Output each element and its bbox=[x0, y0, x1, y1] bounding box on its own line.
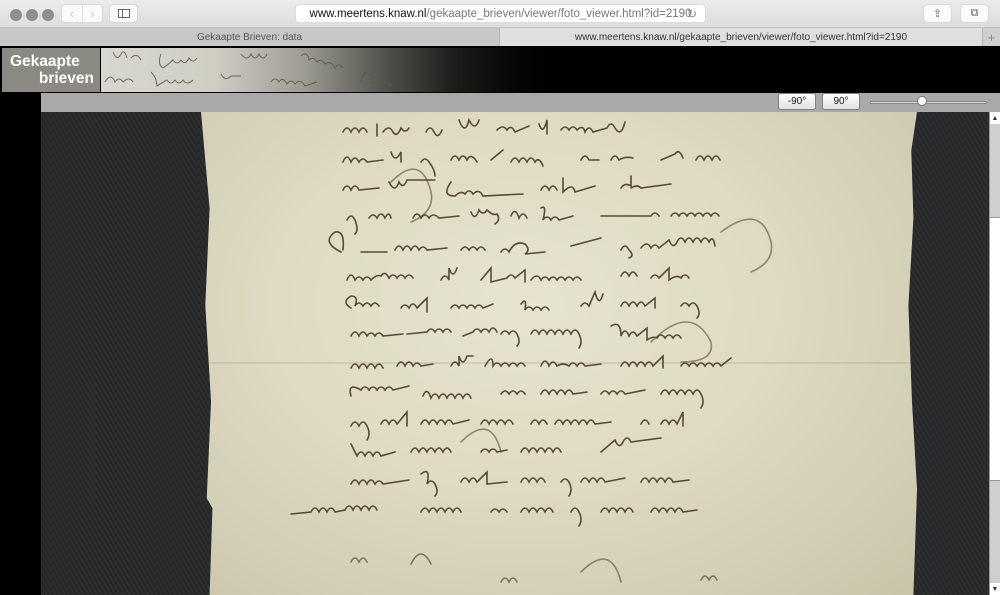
tab-label: www.meertens.knaw.nl/gekaapte_brieven/vi… bbox=[575, 32, 907, 43]
tab-strip: Gekaapte Brieven: data www.meertens.knaw… bbox=[0, 28, 1000, 46]
url-path: /gekaapte_brieven/viewer/foto_viewer.htm… bbox=[426, 8, 691, 20]
handwriting-banner bbox=[101, 48, 554, 92]
tab-gekaapte-brieven-data[interactable]: Gekaapte Brieven: data bbox=[0, 28, 500, 46]
zoom-slider-track[interactable] bbox=[870, 101, 987, 104]
rotate-right-button[interactable]: 90° bbox=[822, 93, 860, 110]
rotate-left-button[interactable]: -90° bbox=[778, 93, 816, 110]
handwritten-text bbox=[201, 112, 917, 595]
tab-label: Gekaapte Brieven: data bbox=[197, 32, 302, 43]
close-window-button[interactable] bbox=[10, 9, 22, 21]
image-viewport[interactable] bbox=[41, 112, 989, 595]
scroll-down-button[interactable]: ▼ bbox=[990, 583, 1000, 595]
triangle-up-icon: ▲ bbox=[992, 115, 999, 122]
triangle-down-icon: ▼ bbox=[992, 586, 999, 593]
sidebar-toggle-button[interactable] bbox=[109, 4, 138, 23]
scrollbar-thumb[interactable] bbox=[990, 217, 1000, 481]
forward-button[interactable]: › bbox=[82, 5, 103, 22]
manuscript-letter-image[interactable] bbox=[201, 112, 917, 595]
history-nav: ‹ › bbox=[61, 4, 103, 23]
vertical-scrollbar[interactable]: ▲ ▼ bbox=[989, 112, 1000, 595]
handwriting-banner-image bbox=[101, 48, 554, 92]
share-icon: ⇪ bbox=[933, 7, 942, 20]
url-host: www.meertens.knaw.nl bbox=[310, 8, 427, 20]
viewer-controls: -90° 90° bbox=[41, 93, 1000, 112]
site-header: Gekaapte brieven bbox=[0, 46, 1000, 93]
tab-foto-viewer[interactable]: www.meertens.knaw.nl/gekaapte_brieven/vi… bbox=[500, 28, 982, 46]
sidebar-icon bbox=[118, 9, 130, 18]
left-margin bbox=[0, 93, 41, 595]
browser-toolbar: ‹ › www.meertens.knaw.nl/gekaapte_brieve… bbox=[0, 0, 1000, 28]
logo-line-1: Gekaapte bbox=[10, 53, 80, 70]
show-tabs-button[interactable]: ⧉ bbox=[960, 4, 989, 23]
address-bar[interactable]: www.meertens.knaw.nl/gekaapte_brieven/vi… bbox=[295, 4, 706, 23]
header-spacer bbox=[554, 48, 1000, 92]
reload-icon[interactable]: ↻ bbox=[687, 7, 697, 21]
chevron-left-icon: ‹ bbox=[70, 6, 74, 21]
back-button[interactable]: ‹ bbox=[62, 5, 82, 22]
chevron-right-icon: › bbox=[90, 6, 94, 21]
plus-icon: + bbox=[988, 30, 996, 45]
zoom-window-button[interactable] bbox=[42, 9, 54, 21]
zoom-slider-thumb[interactable] bbox=[917, 96, 927, 106]
scroll-up-button[interactable]: ▲ bbox=[990, 112, 1000, 124]
minimize-window-button[interactable] bbox=[26, 9, 38, 21]
tabs-overview-icon: ⧉ bbox=[971, 7, 979, 20]
logo-line-2: brieven bbox=[10, 70, 94, 87]
new-tab-button[interactable]: + bbox=[982, 28, 1000, 46]
share-button[interactable]: ⇪ bbox=[923, 4, 952, 23]
site-logo[interactable]: Gekaapte brieven bbox=[2, 48, 100, 92]
